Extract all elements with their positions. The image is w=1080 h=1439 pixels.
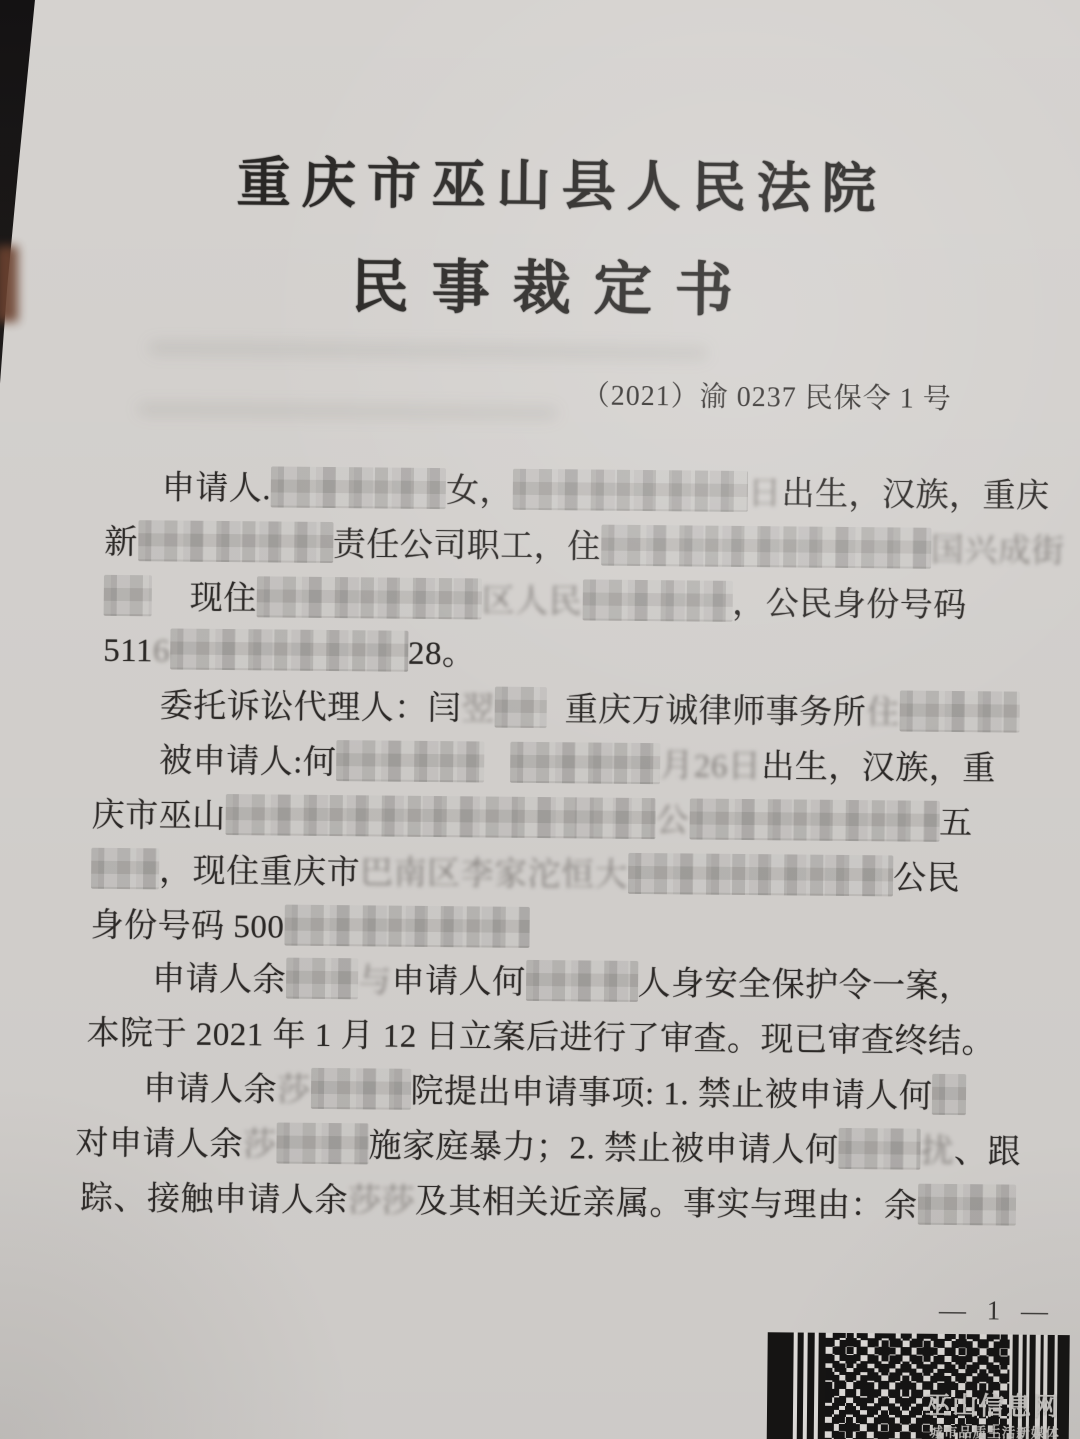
line-text: 施家庭暴力；2. 禁止被申请人何 bbox=[368, 1128, 838, 1169]
line-text: 出生，汉族，重庆 bbox=[781, 476, 1049, 515]
redaction-block bbox=[104, 575, 152, 616]
line-text: 出生，汉族，重 bbox=[761, 749, 996, 787]
redaction-block bbox=[336, 740, 484, 782]
ghost-text: 日 bbox=[748, 467, 782, 514]
redaction-block bbox=[510, 742, 660, 784]
document-line: 被申请人:何月26日出生，汉族，重 bbox=[159, 734, 996, 789]
page-number: — 1 — bbox=[939, 1295, 1055, 1327]
ghost-text: 公 bbox=[655, 794, 689, 841]
line-text: 公民 bbox=[893, 860, 960, 897]
document-line: 新责任公司职工，住国兴成街 bbox=[104, 516, 1065, 572]
ghost-text: 6 bbox=[153, 633, 170, 670]
redaction-block bbox=[495, 687, 547, 728]
line-text: 及其相关近亲属。事实与理由：余 bbox=[415, 1184, 918, 1225]
redaction-block bbox=[628, 853, 893, 897]
redaction-block bbox=[170, 628, 408, 671]
document-line: 申请人余莎院提出申请事项: 1. 禁止被申请人何 bbox=[143, 1062, 967, 1117]
ghost-text: 住 bbox=[866, 686, 900, 733]
line-text: ，公民身份号码 bbox=[732, 586, 967, 624]
ghost-text: 区人民 bbox=[482, 574, 583, 622]
ghost-text: 莎 bbox=[277, 1064, 311, 1111]
ghost-text: 翌 bbox=[461, 682, 495, 729]
line-text: 重庆万诚律师事务所 bbox=[565, 692, 867, 731]
ink-bleedthrough bbox=[148, 340, 708, 360]
line-text: 被申请人:何 bbox=[159, 743, 337, 781]
document-line: 身份号码 500 bbox=[90, 899, 529, 950]
ghost-text: 与 bbox=[358, 954, 392, 1001]
document-line: ，现住重庆市巴南区李家沱恒大公民 bbox=[91, 844, 960, 899]
redaction-block bbox=[601, 525, 931, 569]
document-photo: 重庆市巫山县人民法院 民事裁定书 （2021）渝 0237 民保令 1 号 申请… bbox=[0, 0, 1080, 1439]
line-text: 申请人何 bbox=[391, 964, 525, 1001]
line-text: 身份号码 500 bbox=[90, 908, 284, 946]
redaction-block bbox=[917, 1184, 1015, 1226]
line-text: 511 bbox=[103, 633, 153, 669]
redaction-block bbox=[525, 960, 637, 1002]
ghost-text: 月26日 bbox=[660, 739, 761, 787]
ghost-text: 莎 bbox=[243, 1118, 277, 1165]
ghost-text: 国兴成街 bbox=[931, 524, 1065, 572]
ghost-text: 巴南区李家沱恒大 bbox=[360, 846, 628, 896]
line-text: 申请人. bbox=[162, 470, 272, 507]
line-text: 、跟 bbox=[954, 1134, 1021, 1171]
watermark-subtitle: 城市品质生活新媒体 bbox=[925, 1421, 1060, 1439]
line-text: 女， bbox=[446, 473, 513, 510]
line-text: 新 bbox=[104, 525, 138, 561]
redaction-block bbox=[513, 469, 748, 512]
ink-bleedthrough bbox=[138, 402, 558, 420]
redaction-block bbox=[310, 1068, 410, 1110]
desk-background-patch bbox=[0, 246, 18, 322]
watermark-title: 巫山信息网 bbox=[925, 1393, 1060, 1421]
line-text: 对申请人余 bbox=[75, 1126, 243, 1164]
line-text: 踪、接触申请人余 bbox=[80, 1181, 348, 1220]
watermark: 巫山信息网 城市品质生活新媒体 bbox=[925, 1393, 1060, 1439]
ghost-text: 扰 bbox=[920, 1125, 954, 1172]
case-number: （2021）渝 0237 民保令 1 号 bbox=[582, 373, 952, 417]
document-line: 511628。 bbox=[103, 624, 476, 675]
redaction-block bbox=[284, 905, 529, 948]
document-title: 民事裁定书 bbox=[350, 239, 756, 327]
line-text: 委托诉讼代理人：闫 bbox=[160, 688, 462, 727]
line-text: 本院于 2021 年 1 月 12 日立案后进行了审查。现已审查终结。 bbox=[86, 1016, 995, 1061]
redaction-block bbox=[138, 520, 333, 563]
document-line: 委托诉讼代理人：闫翌重庆万诚律师事务所住 bbox=[160, 679, 1020, 734]
document-line: 庆市巫山公五 bbox=[91, 789, 972, 844]
document-line: 对申请人余莎施家庭暴力；2. 禁止被申请人何扰、跟 bbox=[75, 1117, 1021, 1173]
document-line: 申请人余与申请人何人身安全保护令一案， bbox=[152, 952, 973, 1007]
document-line: 申请人.女，日出生，汉族，重庆 bbox=[162, 461, 1050, 517]
line-text: 28。 bbox=[408, 636, 476, 673]
line-text: ，现住重庆市 bbox=[159, 853, 360, 891]
redaction-block bbox=[900, 690, 1020, 732]
redaction-block bbox=[276, 1123, 368, 1165]
document-body: 申请人.女，日出生，汉族，重庆新责任公司职工，住国兴成街现住区人民，公民身份号码… bbox=[2, 0, 1080, 5]
line-text: 人身安全保护令一案， bbox=[637, 966, 972, 1005]
document-line: 踪、接触申请人余莎莎及其相关近亲属。事实与理由：余 bbox=[80, 1172, 1016, 1228]
court-name: 重庆市巫山县人民法院 bbox=[236, 140, 887, 223]
redaction-block bbox=[689, 798, 939, 841]
line-text: 责任公司职工，住 bbox=[333, 527, 601, 566]
line-text: 现住 bbox=[190, 581, 257, 618]
redaction-block bbox=[226, 794, 656, 839]
document-line: 本院于 2021 年 1 月 12 日立案后进行了审查。现已审查终结。 bbox=[86, 1007, 995, 1063]
redaction-block bbox=[257, 576, 482, 619]
redaction-block bbox=[271, 466, 446, 509]
document-line: 现住区人民，公民身份号码 bbox=[104, 571, 967, 626]
line-text: 院提出申请事项: 1. 禁止被申请人何 bbox=[410, 1074, 932, 1115]
ghost-text: 莎莎 bbox=[348, 1174, 415, 1222]
line-text: 申请人余 bbox=[152, 961, 286, 998]
document-page: 重庆市巫山县人民法院 民事裁定书 （2021）渝 0237 民保令 1 号 申请… bbox=[0, 0, 1080, 1439]
line-text: 五 bbox=[939, 806, 973, 842]
redaction-block bbox=[582, 579, 732, 621]
line-text: 庆市巫山 bbox=[92, 798, 226, 835]
barcode-start-pattern bbox=[767, 1332, 826, 1439]
line-text: 申请人余 bbox=[143, 1071, 277, 1108]
redaction-block bbox=[91, 848, 159, 890]
redaction-block bbox=[838, 1128, 920, 1170]
redaction-block bbox=[932, 1074, 966, 1115]
redaction-block bbox=[286, 958, 358, 1000]
